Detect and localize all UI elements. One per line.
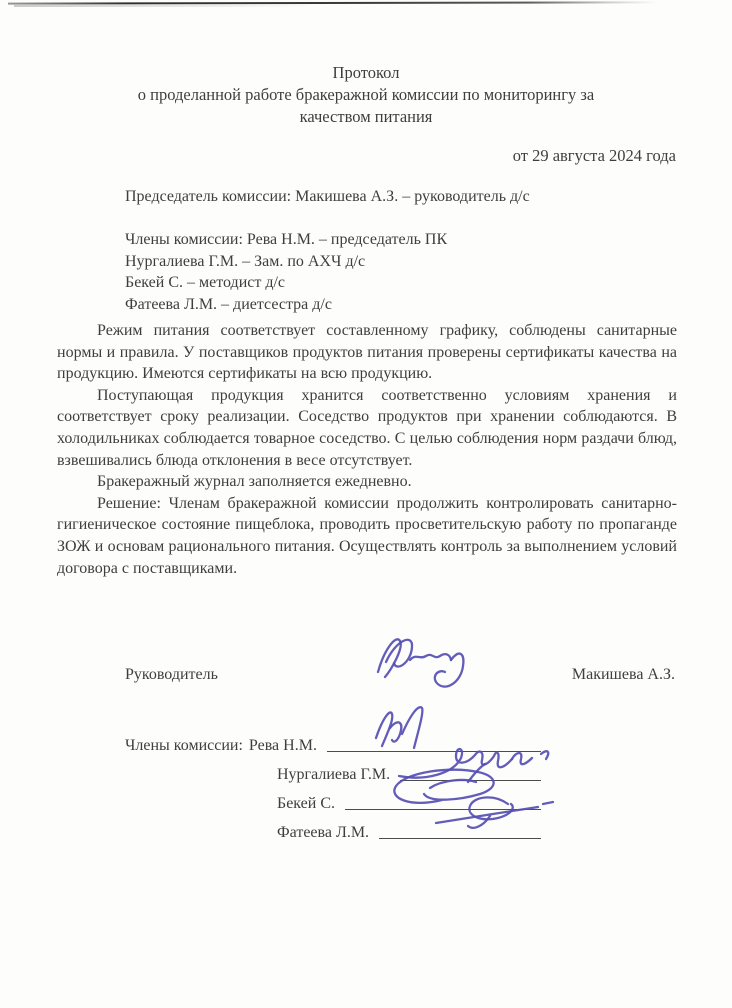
document-date: от 29 августа 2024 года — [513, 146, 676, 166]
leader-label: Руководитель — [125, 666, 218, 684]
member-signatures-block: Члены комиссии: Рева Н.М. Нургалиева Г.М… — [125, 726, 541, 842]
member-name: Нургалиева Г.М. — [277, 766, 390, 784]
title-line-2: о проделанной работе бракеражной комисси… — [0, 84, 732, 106]
member-name: Бекей С. — [277, 795, 335, 813]
paragraph-storage: Поступающая продукция хранится соответст… — [57, 385, 677, 471]
committee-list: Члены комиссии: Рева Н.М. – председатель… — [125, 229, 447, 315]
committee-member: Нургалиева Г.М. – Зам. по АХЧ д/с — [125, 251, 447, 273]
title-line-1: Протокол — [0, 62, 732, 84]
paragraph-regime: Режим питания соответствует составленном… — [57, 320, 677, 385]
scan-artifact-smudge — [14, 5, 314, 7]
chairman-line: Председатель комиссии: Макишева А.З. – р… — [125, 188, 530, 206]
member-signature-ink-fateeva — [430, 792, 558, 840]
committee-member: Фатеева Л.М. – диетсестра д/с — [125, 294, 447, 316]
leader-name: Макишева А.З. — [572, 666, 675, 684]
title-line-3: качеством питания — [0, 106, 732, 128]
committee-member: Бекей С. – методист д/с — [125, 272, 447, 294]
paragraph-journal: Бракеражный журнал заполняется ежедневно… — [57, 471, 677, 493]
scanned-document-page: Протокол о проделанной работе бракеражно… — [0, 0, 732, 1008]
member-name: Рева Н.М. — [249, 737, 317, 755]
member-name: Фатеева Л.М. — [277, 824, 369, 842]
members-label: Члены комиссии: — [125, 737, 243, 755]
committee-intro: Члены комиссии: Рева Н.М. – председатель… — [125, 229, 447, 251]
document-title: Протокол о проделанной работе бракеражно… — [0, 62, 732, 128]
paragraph-decision: Решение: Членам бракеражной комиссии про… — [57, 493, 677, 579]
document-body: Режим питания соответствует составленном… — [57, 320, 677, 579]
leader-signature-ink — [366, 620, 498, 702]
